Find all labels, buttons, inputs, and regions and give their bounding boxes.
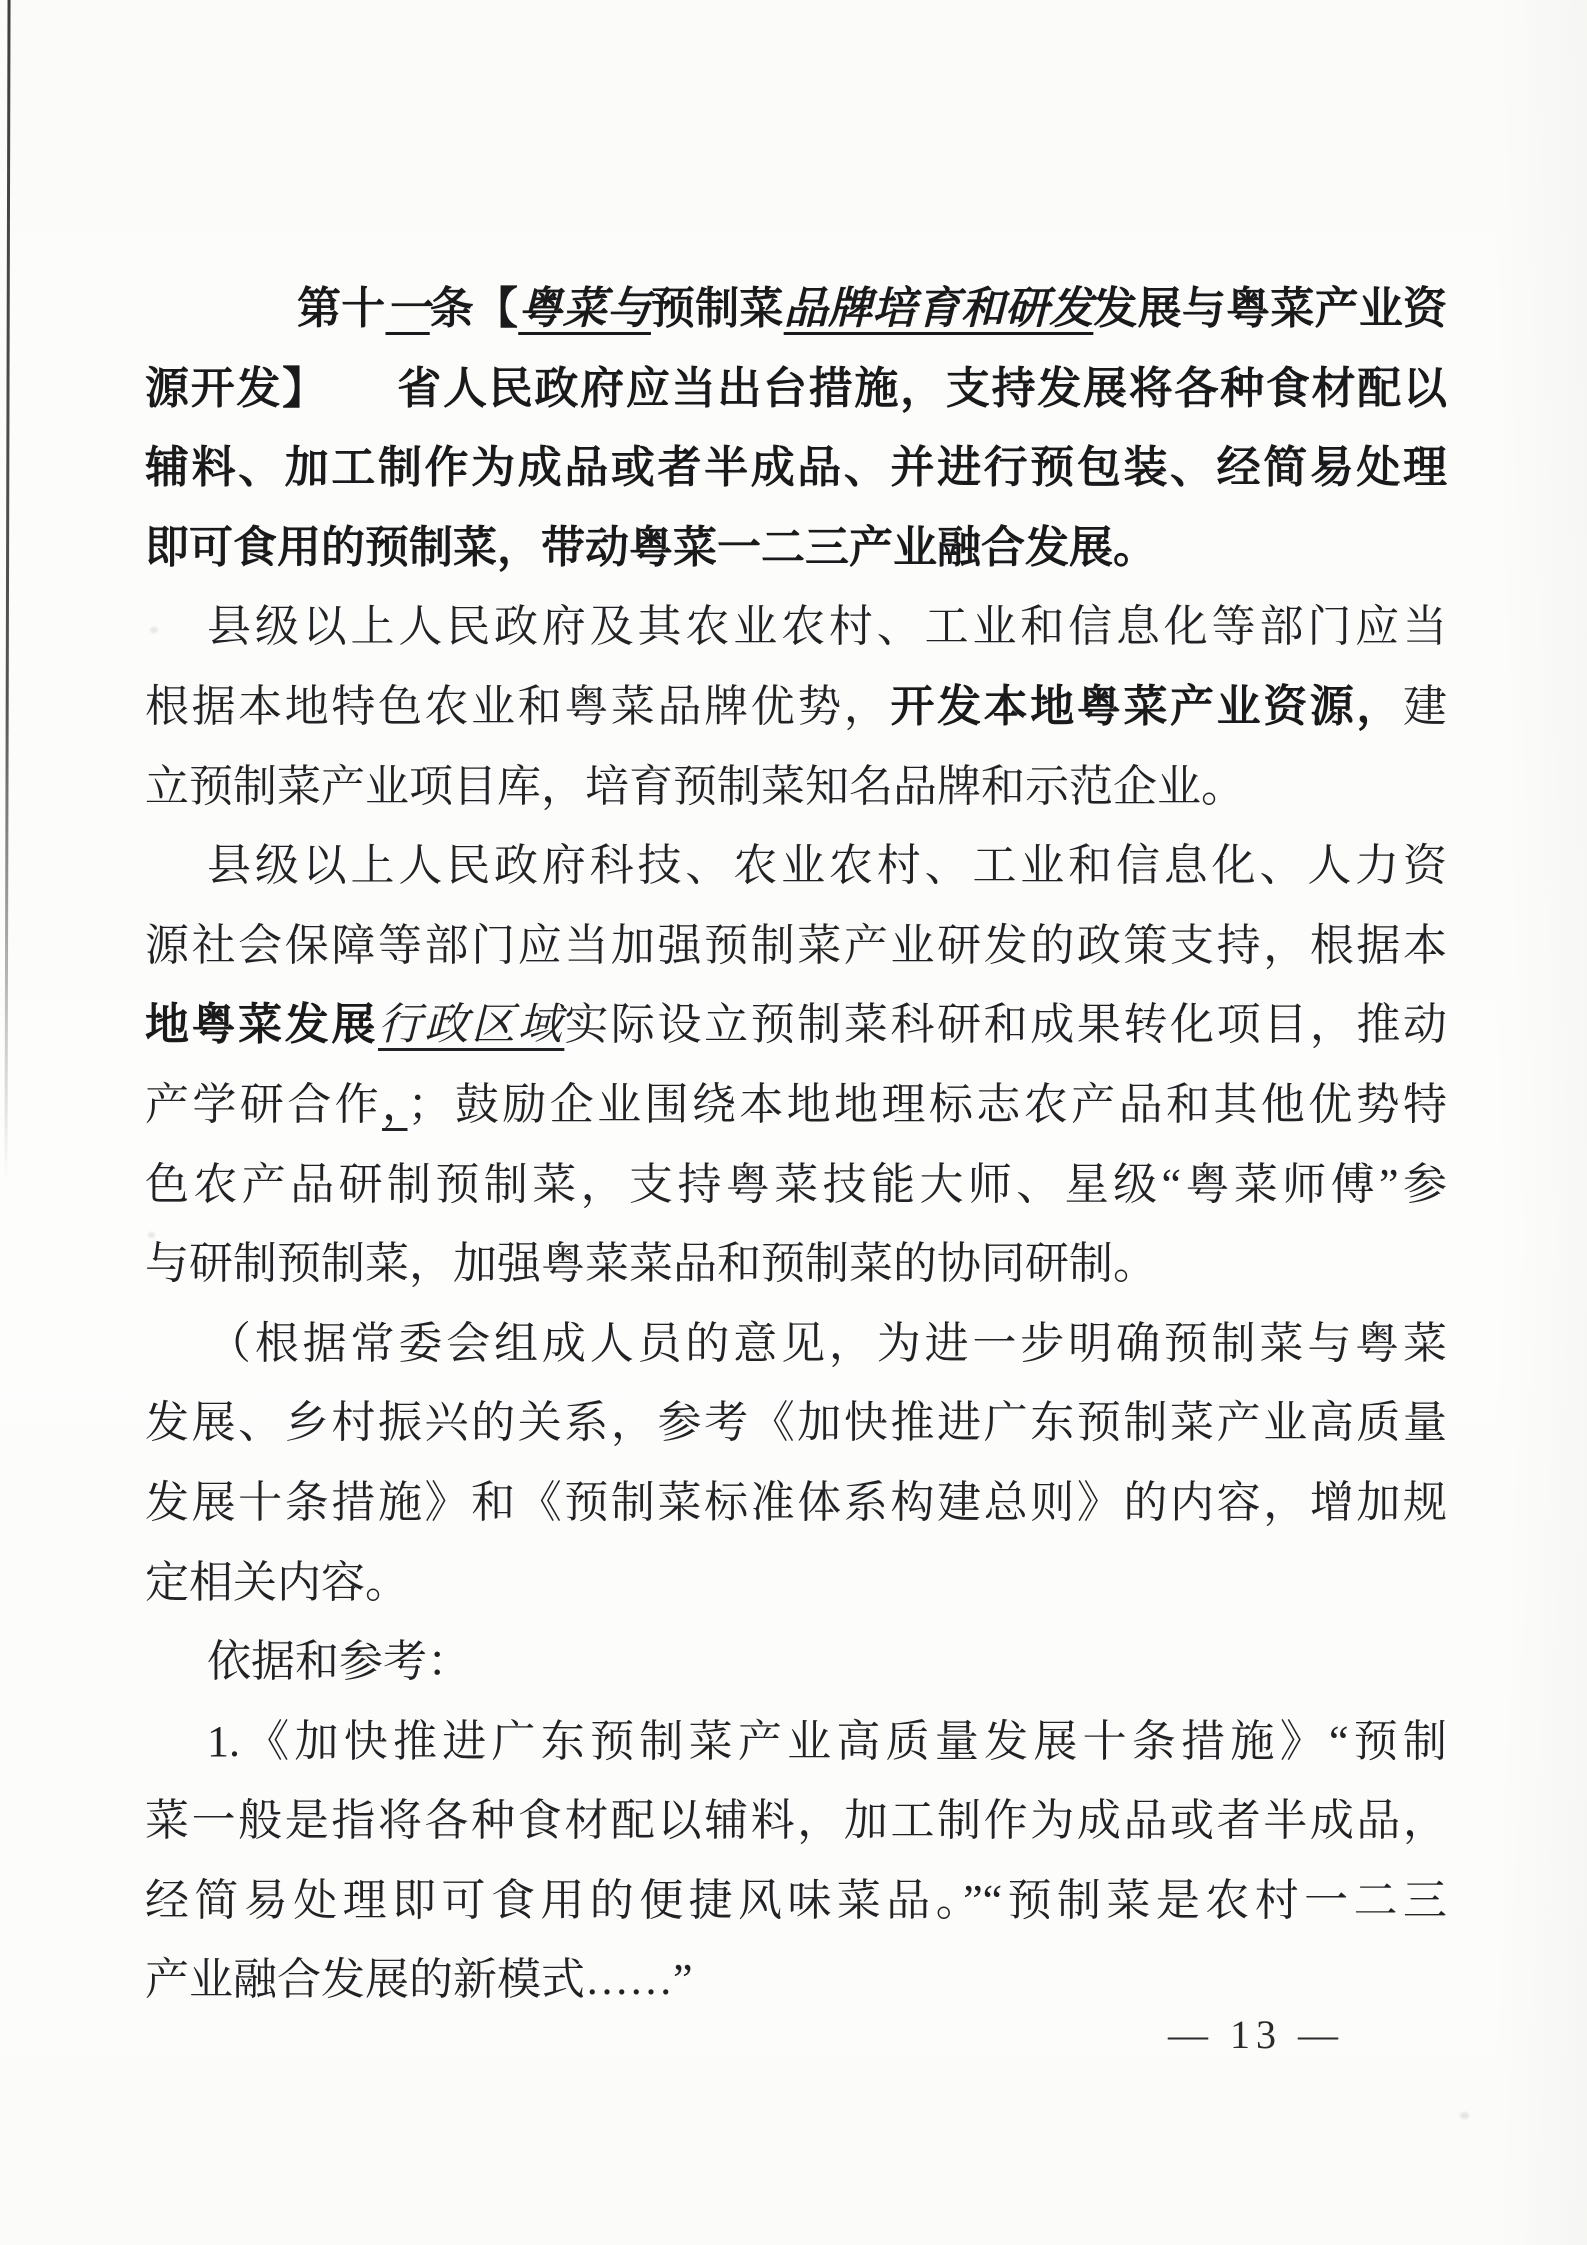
text-segment-body: 县级以上人民政府科技、农业农村、工业和信息化、人力资: [207, 841, 1447, 890]
text-line: 源社会保障等部门应当加强预制菜产业研发的政策支持，根据本: [145, 906, 1447, 986]
document-page: 第十一条【粤菜与预制菜品牌培育和研发发展与粤菜产业资源开发】 省人民政府应当出台…: [0, 0, 1587, 2245]
text-segment-body: 县级以上人民政府及其农业农村、工业和信息化等部门应当: [207, 602, 1447, 651]
text-line: 县级以上人民政府及其农业农村、工业和信息化等部门应当: [145, 587, 1447, 667]
text-segment-heiti: 条【: [430, 284, 518, 333]
text-segment-heiti: 第十: [297, 284, 385, 333]
text-line: 源开发】 省人民政府应当出台措施，支持发展将各种食材配以: [145, 349, 1447, 429]
text-segment-heiti: 即可食用的预制菜，带动粤菜一二三产业融合发展。: [145, 523, 1157, 572]
text-column: 第十一条【粤菜与预制菜品牌培育和研发发展与粤菜产业资源开发】 省人民政府应当出台…: [145, 269, 1447, 2020]
text-segment-body: 发展十条措施》和《预制菜标准体系构建总则》的内容，增加规: [145, 1478, 1447, 1527]
text-line: 县级以上人民政府科技、农业农村、工业和信息化、人力资: [145, 826, 1447, 906]
text-line: 发展十条措施》和《预制菜标准体系构建总则》的内容，增加规: [145, 1463, 1447, 1543]
scan-speck: [1460, 2112, 1469, 2119]
text-line: 菜一般是指将各种食材配以辅料，加工制作为成品或者半成品，: [145, 1781, 1447, 1861]
text-segment-body: 源社会保障等部门应当加强预制菜产业研发的政策支持，根据本: [145, 921, 1447, 970]
text-segment-body: 立预制菜产业项目库，培育预制菜知名品牌和示范企业。: [145, 762, 1245, 811]
text-segment-body: 菜一般是指将各种食材配以辅料，加工制作为成品或者半成品，: [145, 1796, 1447, 1845]
text-segment-inserted-bold: 品牌培育和研发: [784, 284, 1094, 333]
text-segment-heiti: 地粤菜发展: [145, 1000, 378, 1049]
text-segment-inserted-bold: 一: [385, 284, 429, 333]
text-segment-heiti: 预制菜: [651, 284, 784, 333]
text-segment-body: 色农产品研制预制菜，支持粤菜技能大师、星级“粤菜师傅”参: [145, 1160, 1447, 1209]
text-line: 地粤菜发展行政区域实际设立预制菜科研和成果转化项目，推动: [145, 985, 1447, 1065]
text-segment-body: ；鼓励企业围绕本地地理标志农产品和其他优势特: [407, 1080, 1447, 1129]
scan-edge-shade: [1497, 0, 1587, 2245]
text-segment-inserted: 行政区域: [378, 1000, 564, 1049]
text-line: 即可食用的预制菜，带动粤菜一二三产业融合发展。: [145, 508, 1447, 588]
text-segment-heiti: 辅料、加工制作为成品或者半成品、并进行预包装、经简易处理: [145, 443, 1447, 492]
page-number: — 13 —: [1168, 2005, 1344, 2065]
text-line: 发展、乡村振兴的关系，参考《加快推进广东预制菜产业高质量: [145, 1383, 1447, 1463]
text-line: （根据常委会组成人员的意见，为进一步明确预制菜与粤菜: [145, 1304, 1447, 1384]
text-segment-body: 1.《加快推进广东预制菜产业高质量发展十条措施》“预制: [207, 1717, 1447, 1766]
text-segment-body: （根据常委会组成人员的意见，为进一步明确预制菜与粤菜: [207, 1319, 1447, 1368]
text-line: 产学研合作，；鼓励企业围绕本地地理标志农产品和其他优势特: [145, 1065, 1447, 1145]
text-segment-inserted-bold: 粤菜与: [518, 284, 651, 333]
text-line: 辅料、加工制作为成品或者半成品、并进行预包装、经简易处理: [145, 428, 1447, 508]
text-line: 1.《加快推进广东预制菜产业高质量发展十条措施》“预制: [145, 1702, 1447, 1782]
text-segment-body: 建: [1403, 682, 1447, 731]
text-segment-heiti: 发展与粤菜产业资: [1093, 284, 1447, 333]
text-line: 经简易处理即可食用的便捷风味菜品。”“预制菜是农村一二三: [145, 1861, 1447, 1941]
text-line: 根据本地特色农业和粤菜品牌优势，开发本地粤菜产业资源，建: [145, 667, 1447, 747]
text-segment-body: 与研制预制菜，加强粤菜菜品和预制菜的协同研制。: [145, 1239, 1157, 1288]
text-segment-body: 根据本地特色农业和粤菜品牌优势，: [145, 682, 890, 731]
text-segment-body: 经简易处理即可食用的便捷风味菜品。”“预制菜是农村一二三: [145, 1876, 1447, 1925]
scan-artifact-line: [4, 0, 10, 1180]
text-segment-heiti: 源开发】 省人民政府应当出台措施，支持发展将各种食材配以: [145, 364, 1447, 413]
text-segment-body: 产业融合发展的新模式……”: [145, 1955, 693, 2004]
text-segment-underlined: ，: [382, 1080, 407, 1129]
text-segment-body: 依据和参考：: [207, 1637, 471, 1686]
text-segment-body: 产学研合作: [145, 1080, 382, 1129]
text-line: 依据和参考：: [145, 1622, 1447, 1702]
text-segment-body: 定相关内容。: [145, 1558, 409, 1607]
text-segment-body: 发展、乡村振兴的关系，参考《加快推进广东预制菜产业高质量: [145, 1398, 1447, 1447]
text-line: 与研制预制菜，加强粤菜菜品和预制菜的协同研制。: [145, 1224, 1447, 1304]
text-line: 立预制菜产业项目库，培育预制菜知名品牌和示范企业。: [145, 747, 1447, 827]
text-segment-body: 实际设立预制菜科研和成果转化项目，推动: [564, 1000, 1447, 1049]
text-segment-heiti: 开发本地粤菜产业资源，: [890, 682, 1403, 731]
text-line: 色农产品研制预制菜，支持粤菜技能大师、星级“粤菜师傅”参: [145, 1145, 1447, 1225]
text-line: 定相关内容。: [145, 1543, 1447, 1623]
text-line: 第十一条【粤菜与预制菜品牌培育和研发发展与粤菜产业资: [145, 269, 1447, 349]
